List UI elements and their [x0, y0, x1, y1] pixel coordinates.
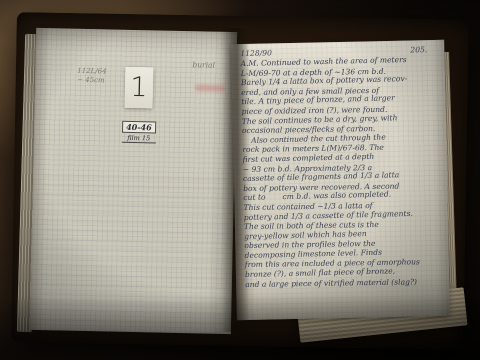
right-page: 1128/90 205. A.M. Continued to wash the …	[231, 40, 450, 320]
film-number-label: film 15	[122, 134, 156, 144]
find-number-label: 40-46 film 15	[122, 115, 156, 144]
burial-note: burial	[192, 60, 215, 69]
find-number-box: 40-46	[122, 121, 156, 134]
notebook-photo-scene: 112L/64 ~ 45cm 1 burial 40-46 film 15 11…	[0, 0, 480, 360]
ink-bleed-through	[40, 168, 227, 334]
meter-note-line1: 112L/64	[77, 67, 106, 76]
meter-depth-note: 112L/64 ~ 45cm	[77, 67, 107, 85]
meter-note-line2: ~ 45cm	[77, 75, 106, 84]
journal-entry: 1128/90 205. A.M. Continued to wash the …	[240, 45, 446, 289]
page-gutter-shadow	[221, 28, 249, 332]
photo-scale-card: 1	[125, 67, 154, 109]
scale-card-number: 1	[130, 72, 148, 103]
left-page: 112L/64 ~ 45cm 1 burial 40-46 film 15	[30, 28, 237, 334]
